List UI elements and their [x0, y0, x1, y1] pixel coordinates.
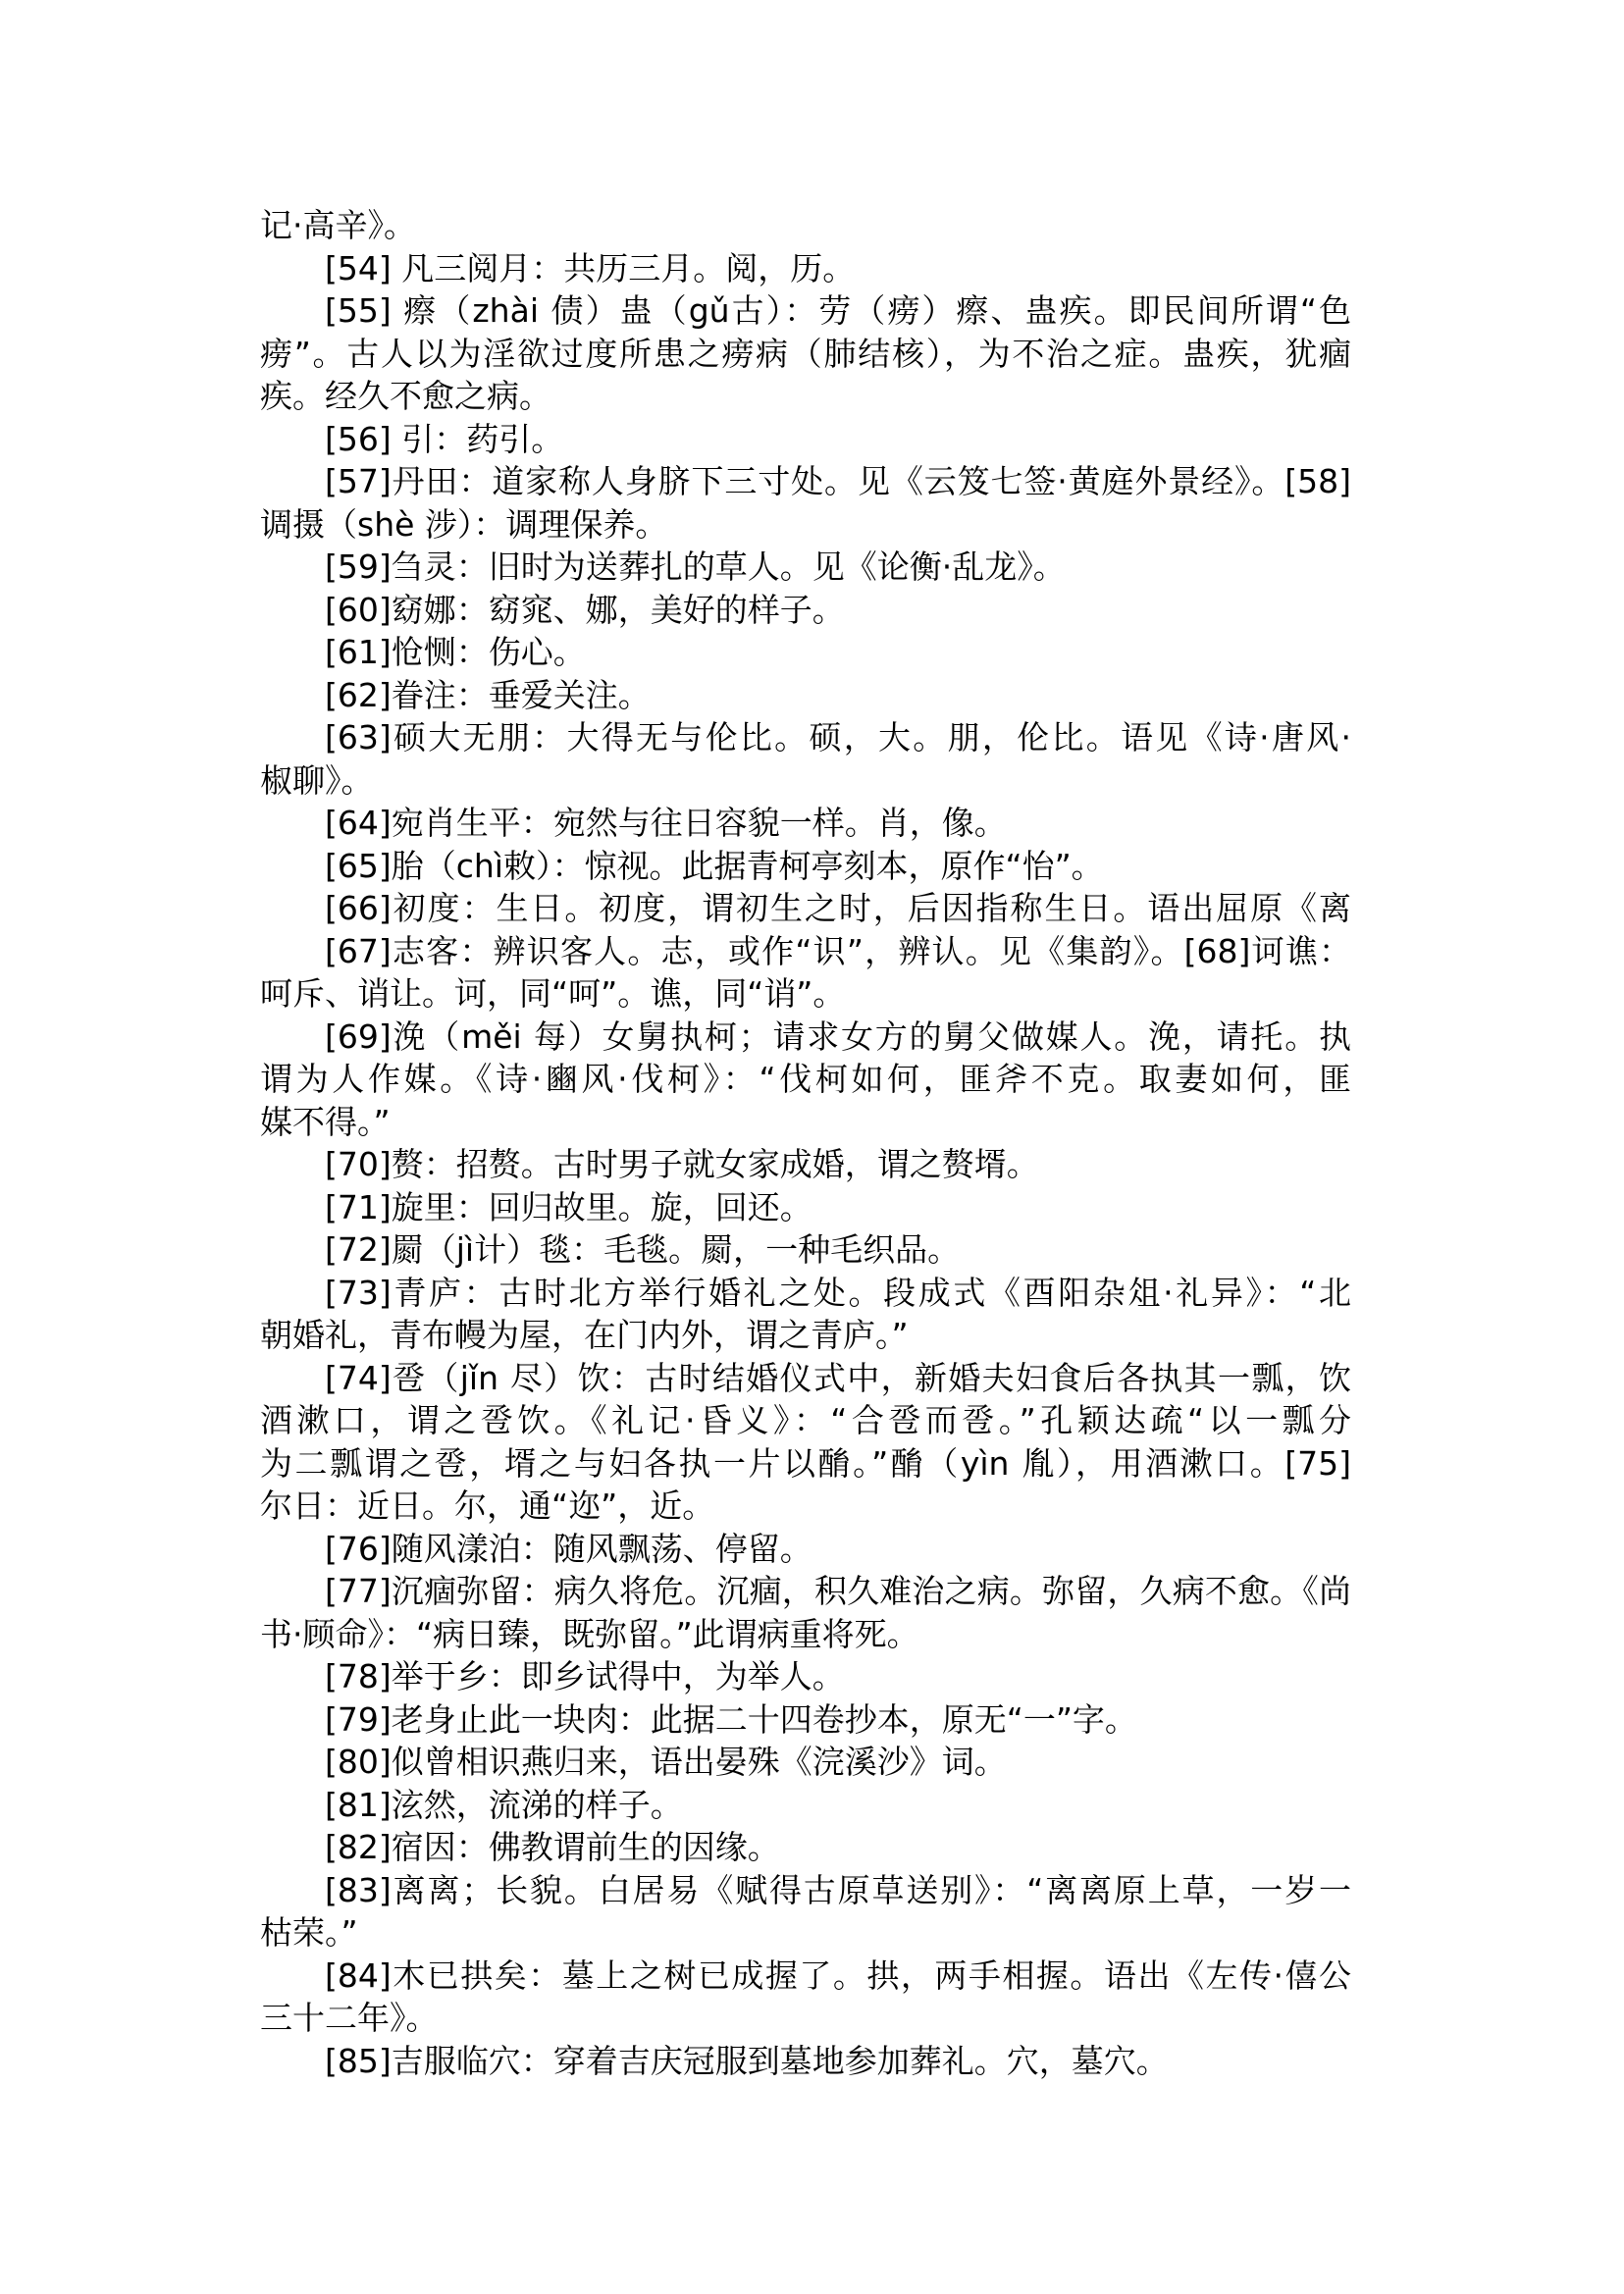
text-line: [55] 瘵（zhài 债）蛊（gǔ古）：劳（痨）瘵、蛊疾。即民间所谓“色	[260, 289, 1351, 333]
text-block: 记·高辛》。[54] 凡三阅月：共历三月。阅，历。[55] 瘵（zhài 债）蛊…	[260, 204, 1351, 2082]
text-line: [80]似曾相识燕归来，语出晏殊《浣溪沙》词。	[260, 1741, 1351, 1784]
text-line: [63]硕大无朋：大得无与伦比。硕，大。朋，伦比。语见《诗·唐风·	[260, 716, 1351, 759]
text-line: 谓为人作媒。《诗·豳风·伐柯》：“伐柯如何，匪斧不克。取妻如何，匪	[260, 1058, 1351, 1101]
text-line: [56] 引：药引。	[260, 418, 1351, 461]
text-line: 呵斥、诮让。诃，同“呵”。谯，同“诮”。	[260, 972, 1351, 1016]
text-line: [73]青庐：古时北方举行婚礼之处。段成式《酉阳杂俎·礼异》：“北	[260, 1272, 1351, 1315]
text-line: 朝婚礼，青布幔为屋，在门内外，谓之青庐。”	[260, 1314, 1351, 1357]
text-line: [79]老身止此一块肉：此据二十四卷抄本，原无“一”字。	[260, 1698, 1351, 1742]
text-line: 椒聊》。	[260, 759, 1351, 803]
text-line: [62]眷注：垂爱关注。	[260, 674, 1351, 717]
text-line: 书·顾命》：“病日臻，既弥留。”此谓病重将死。	[260, 1613, 1351, 1656]
text-line: [83]离离；长貌。白居易《赋得古原草送别》：“离离原上草，一岁一	[260, 1869, 1351, 1912]
text-line: [57]丹田：道家称人身脐下三寸处。见《云笈七签·黄庭外景经》。[58]	[260, 460, 1351, 503]
text-line: [60]窈娜：窈窕、娜，美好的样子。	[260, 589, 1351, 632]
text-line: 酒漱口，谓之卺饮。《礼记·昏义》：“合卺而卺。”孔颖达疏“以一瓢分	[260, 1399, 1351, 1442]
text-line: [84]木已拱矣：墓上之树已成握了。拱，两手相握。语出《左传·僖公	[260, 1955, 1351, 1998]
text-line: 媒不得。”	[260, 1101, 1351, 1144]
text-line: 尔日：近日。尔，通“迩”，近。	[260, 1485, 1351, 1528]
text-line: [71]旋里：回归故里。旋，回还。	[260, 1186, 1351, 1229]
text-line: 记·高辛》。	[260, 204, 1351, 247]
text-line: [66]初度：生日。初度，谓初生之时，后因指称生日。语出屈原《离骚》。	[260, 887, 1351, 930]
text-line: [59]刍灵：旧时为送葬扎的草人。见《论衡·乱龙》。	[260, 546, 1351, 589]
text-line: [78]举于乡：即乡试得中，为举人。	[260, 1655, 1351, 1698]
text-line: [70]赘：招赘。古时男子就女家成婚，谓之赘壻。	[260, 1143, 1351, 1186]
text-line: [72]罽（jì计）毯：毛毯。罽，一种毛织品。	[260, 1228, 1351, 1272]
text-line: [67]志客：辨识客人。志，或作“识”，辨认。见《集韵》。[68]诃谯：	[260, 930, 1351, 973]
page: 记·高辛》。[54] 凡三阅月：共历三月。阅，历。[55] 瘵（zhài 债）蛊…	[0, 0, 1624, 2294]
text-line: [61]怆恻：伤心。	[260, 631, 1351, 674]
text-line: 为二瓢谓之卺，壻之与妇各执一片以酳。”酳（yìn 胤），用酒漱口。[75]	[260, 1442, 1351, 1486]
text-line: [64]宛肖生平：宛然与往日容貌一样。肖，像。	[260, 802, 1351, 845]
text-line: 三十二年》。	[260, 1997, 1351, 2040]
text-line: 调摄（shè 涉）：调理保养。	[260, 503, 1351, 547]
text-line: [54] 凡三阅月：共历三月。阅，历。	[260, 247, 1351, 290]
text-line: [85]吉服临穴：穿着吉庆冠服到墓地参加葬礼。穴，墓穴。	[260, 2040, 1351, 2083]
text-line: 枯荣。”	[260, 1911, 1351, 1955]
text-line: [76]随风漾泊：随风飘荡、停留。	[260, 1528, 1351, 1571]
text-line: [69]浼（měi 每）女舅执柯；请求女方的舅父做媒人。浼，请托。执柯，	[260, 1016, 1351, 1059]
text-line: 痨”。古人以为淫欲过度所患之痨病（肺结核），为不治之症。蛊疾，犹痼	[260, 333, 1351, 376]
text-line: [82]宿因：佛教谓前生的因缘。	[260, 1826, 1351, 1869]
text-line: [74]卺（jǐn 尽）饮：古时结婚仪式中，新婚夫妇食后各执其一瓢，饮	[260, 1357, 1351, 1400]
text-line: [77]沉痼弥留：病久将危。沉痼，积久难治之病。弥留，久病不愈。《尚	[260, 1570, 1351, 1613]
text-line: 疾。经久不愈之病。	[260, 375, 1351, 418]
text-line: [81]泫然，流涕的样子。	[260, 1784, 1351, 1827]
text-line: [65]胎（chì敕）：惊视。此据青柯亭刻本，原作“怡”。	[260, 845, 1351, 888]
